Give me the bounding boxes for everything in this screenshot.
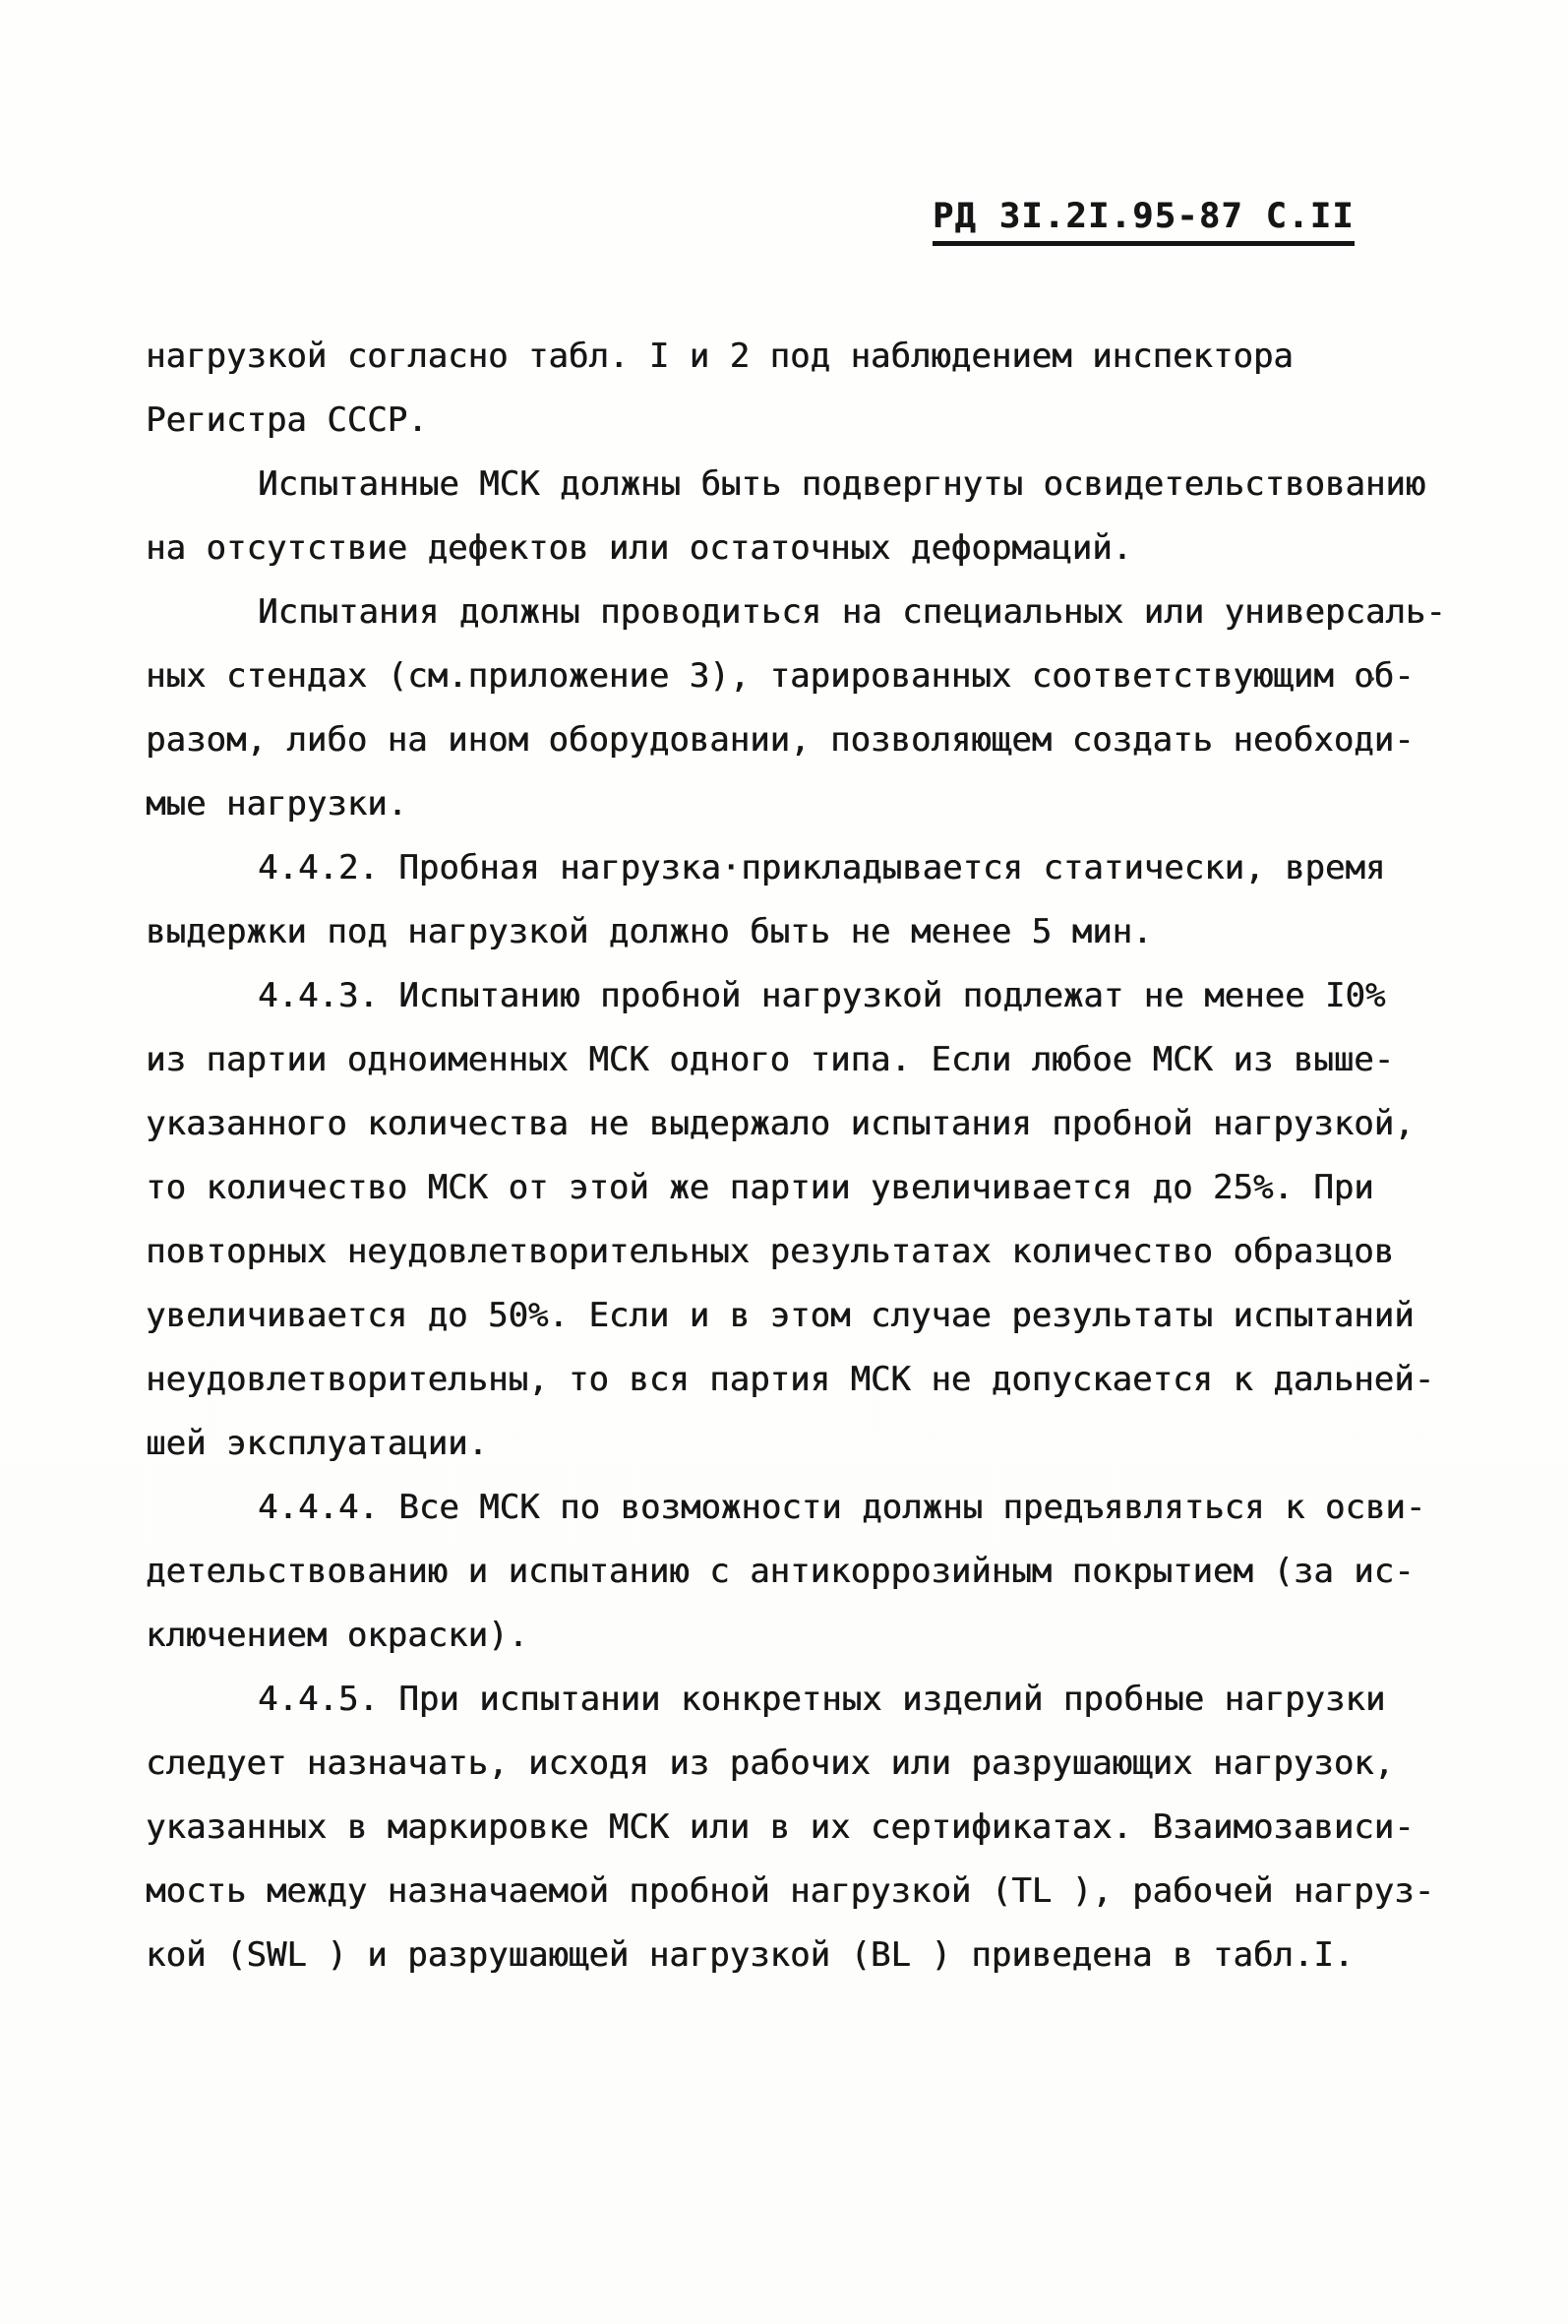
text-line: то количество МСК от этой же партии увел… — [146, 1156, 1483, 1220]
text-line: мые нагрузки. — [146, 772, 1483, 836]
text-line: указанного количества не выдержало испыт… — [146, 1092, 1483, 1156]
document-body: нагрузкой согласно табл. I и 2 под наблю… — [146, 325, 1483, 1988]
text-line: Испытанные МСК должны быть подвергнуты о… — [146, 453, 1483, 517]
text-line: увеличивается до 50%. Если и в этом случ… — [146, 1284, 1483, 1348]
text-line: мость между назначаемой пробной нагрузко… — [146, 1860, 1483, 1924]
text-line: Регистра СССР. — [146, 389, 1483, 453]
text-line: детельствованию и испытанию с антикорроз… — [146, 1540, 1483, 1604]
text-line: разом, либо на ином оборудовании, позвол… — [146, 708, 1483, 772]
text-line: ключением окраски). — [146, 1604, 1483, 1668]
scanned-document-page: РД 3I.2I.95-87 С.II нагрузкой согласно т… — [0, 0, 1568, 2324]
text-line: нагрузкой согласно табл. I и 2 под наблю… — [146, 325, 1483, 389]
text-line: 4.4.3. Испытанию пробной нагрузкой подле… — [146, 964, 1483, 1028]
text-line: на отсутствие дефектов или остаточных де… — [146, 517, 1483, 581]
text-line: следует назначать, исходя из рабочих или… — [146, 1732, 1483, 1796]
text-line: 4.4.4. Все МСК по возможности должны пре… — [146, 1476, 1483, 1540]
scan-artifact-dot — [1369, 677, 1374, 681]
text-line: ных стендах (см.приложение 3), тарирован… — [146, 644, 1483, 708]
text-line: 4.4.5. При испытании конкретных изделий … — [146, 1668, 1483, 1732]
text-line: неудовлетворительны, то вся партия МСК н… — [146, 1348, 1483, 1412]
text-line: повторных неудовлетворительных результат… — [146, 1220, 1483, 1284]
text-line: Испытания должны проводиться на специаль… — [146, 581, 1483, 644]
text-line: выдержки под нагрузкой должно быть не ме… — [146, 900, 1483, 964]
text-line: кой (SWL ) и разрушающей нагрузкой (BL )… — [146, 1924, 1483, 1988]
text-line: из партии одноименных МСК одного типа. Е… — [146, 1028, 1483, 1092]
text-line: указанных в маркировке МСК или в их серт… — [146, 1796, 1483, 1860]
text-line: шей эксплуатации. — [146, 1412, 1483, 1476]
document-code-header: РД 3I.2I.95-87 С.II — [933, 197, 1355, 246]
text-line: 4.4.2. Пробная нагрузка·прикладывается с… — [146, 836, 1483, 900]
